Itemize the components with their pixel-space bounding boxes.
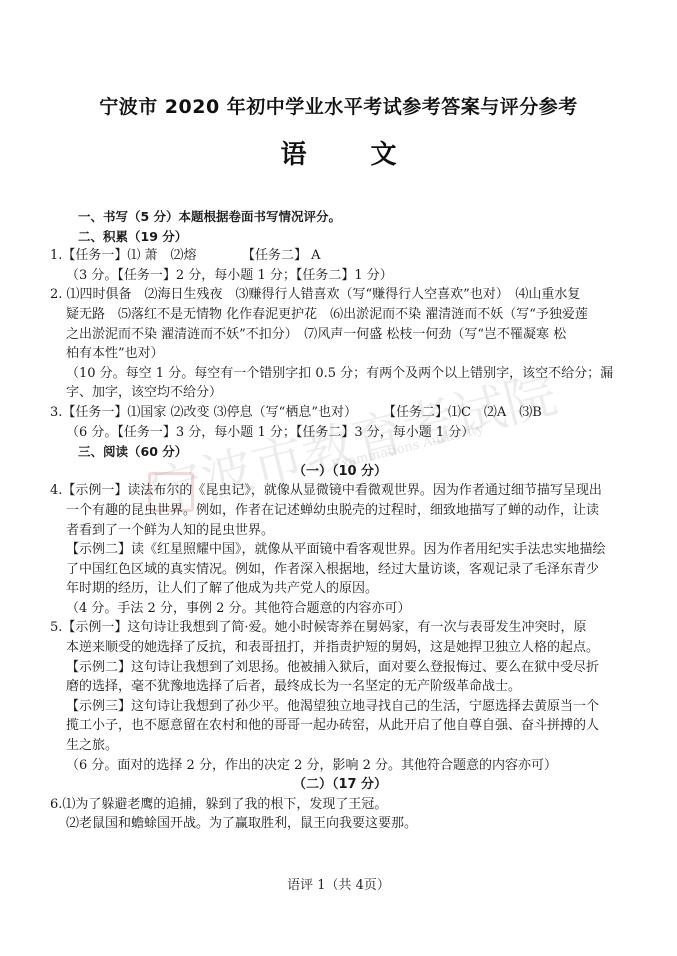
scoring-note: （4 分。手法 2 分，事例 2 分。其他符合题意的内容亦可） xyxy=(50,599,630,619)
answer-continuation: 【示例二】读《红星照耀中国》，就像从平面镜中看客观世界。因为作者用纪实手法忠实地… xyxy=(50,540,630,560)
subject-char-1: 语 xyxy=(280,134,306,171)
answer-item: 2. ⑴四时俱备 ⑵海日生残夜 ⑶赚得行人错喜欢（写“赚得行人空喜欢”也对） ⑷… xyxy=(50,285,630,305)
answer-continuation: 【示例三】这句诗让我想到了孙少平。他渴望独立地寻找自己的生活，宁愿选择去黄原当一… xyxy=(50,697,630,717)
answer-continuation: 揽工小子，也不愿意留在农村和他的哥哥一起办砖窑，从此开启了他自尊自强、奋斗拼搏的… xyxy=(50,716,630,736)
page-footer: 语评 1（共 4页） xyxy=(0,874,677,893)
answer-item: 1.【任务一】⑴ 萧 ⑵熔 【任务二】 A xyxy=(50,246,630,266)
answer-continuation: 之出淤泥而不染 濯清涟而不妖”不扣分） ⑺风声一何盛 松枝一何劲（写“岂不罹凝寒… xyxy=(50,325,630,345)
subsection-heading: （一）（10 分） xyxy=(50,462,630,482)
answer-continuation: 本逆来顺受的她选择了反抗，和表哥扭打，并指责护短的舅妈，这是她捍卫独立人格的起点… xyxy=(50,638,630,658)
answer-continuation: 年时期的经历，让人们了解了他成为共产党人的原因。 xyxy=(50,579,630,599)
subsection-heading: （二）（17 分） xyxy=(50,775,630,795)
scoring-note: （6 分。面对的选择 2 分，作出的决定 2 分，影响 2 分。其他符合题意的内… xyxy=(50,756,630,776)
answer-item: 3.【任务一】⑴国家 ⑵改变 ⑶停息（写“栖息”也对） 【任务二】⑴C ⑵A ⑶… xyxy=(50,403,630,423)
answer-continuation: 疑无路 ⑸落红不是无情物 化作春泥更护花 ⑹出淤泥而不染 濯清涟而不妖（写“予独… xyxy=(50,305,630,325)
document-page: 宁波市教育考试院 Examinations Authority 宁波市 2020… xyxy=(0,0,677,956)
answer-continuation: ⑵老鼠国和蟾蜍国开战。为了赢取胜利，鼠王向我要这要那。 xyxy=(50,814,630,834)
answer-item: 6.⑴为了躲避老鹰的追捕，躲到了我的根下，发现了王冠。 xyxy=(50,795,630,815)
scoring-note: 字、加字，该空均不给分） xyxy=(50,383,630,403)
answer-continuation: 一个有趣的昆虫世界。例如，作者在记述蝉幼虫脱壳的过程时，细致地描写了蝉的动作，让… xyxy=(50,501,630,521)
answer-continuation: 生之旅。 xyxy=(50,736,630,756)
scoring-note: （6 分。【任务一】3 分，每小题 1 分；【任务二】3 分，每小题 1 分） xyxy=(50,423,630,443)
scoring-note: （3 分。【任务一】2 分，每小题 1 分；【任务二】1 分） xyxy=(50,266,630,286)
answer-continuation: 了中国红色区域的真实情况。例如，作者深入根据地，经过大量访谈，客观记录了毛泽东青… xyxy=(50,560,630,580)
section-heading: 二、积累（19 分） xyxy=(50,227,630,247)
section-heading: 三、阅读（60 分） xyxy=(50,442,630,462)
subject-heading: 语文 xyxy=(0,134,677,171)
answer-continuation: 者看到了一个鲜为人知的昆虫世界。 xyxy=(50,521,630,541)
answer-continuation: 磨的选择，毫不犹豫地选择了后者，最终成长为一名坚定的无产阶级革命战士。 xyxy=(50,677,630,697)
subject-char-2: 文 xyxy=(371,134,397,171)
answer-content: 一、书写（5 分）本题根据卷面书写情况评分。 二、积累（19 分） 1.【任务一… xyxy=(50,207,630,834)
answer-item: 5.【示例一】这句诗让我想到了简·爱。她小时候寄养在舅妈家，有一次与表哥发生冲突… xyxy=(50,618,630,638)
answer-continuation: 【示例二】这句诗让我想到了刘思扬。他被捕入狱后，面对要么登报悔过、要么在狱中受尽… xyxy=(50,658,630,678)
answer-item: 4.【示例一】读法布尔的《昆虫记》，就像从显微镜中看微观世界。因为作者通过细节描… xyxy=(50,481,630,501)
document-title: 宁波市 2020 年初中学业水平考试参考答案与评分参考 xyxy=(0,92,677,119)
scoring-note: （10 分。每空 1 分。每空有一个错别字扣 0.5 分；有两个及两个以上错别字… xyxy=(50,364,630,384)
answer-continuation: 柏有本性”也对） xyxy=(50,344,630,364)
section-heading: 一、书写（5 分）本题根据卷面书写情况评分。 xyxy=(50,207,630,227)
